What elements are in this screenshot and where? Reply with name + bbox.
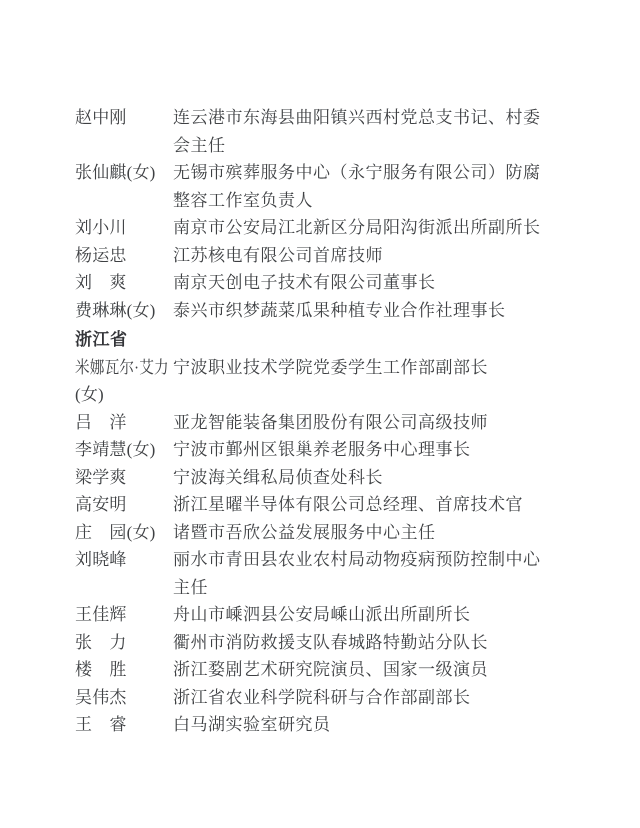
person-position: 南京天创电子技术有限公司董事长: [173, 269, 545, 297]
person-position: 浙江省农业科学院科研与合作部副部长: [173, 684, 545, 712]
roster-entry: 刘晓峰 丽水市青田县农业农村局动物疫病预防控制中心主任: [75, 546, 561, 601]
person-name: 刘 爽: [75, 269, 173, 297]
person-position: 无锡市殡葬服务中心（永宁服务有限公司）防腐整容工作室负责人: [173, 159, 545, 214]
person-name: 楼 胜: [75, 656, 173, 684]
person-position: 浙江婺剧艺术研究院演员、国家一级演员: [173, 656, 545, 684]
person-name-line1: 米娜瓦尔·艾力: [75, 354, 159, 382]
person-name: 吴伟杰: [75, 684, 173, 712]
document-page: 赵中刚 连云港市东海县曲阳镇兴西村党总支书记、村委会主任 张仙麒(女) 无锡市殡…: [0, 0, 640, 828]
person-position: 宁波职业技术学院党委学生工作部副部长: [173, 354, 545, 382]
person-position: 丽水市青田县农业农村局动物疫病预防控制中心主任: [173, 546, 545, 601]
person-position: 诸暨市吾欣公益发展服务中心主任: [173, 519, 545, 547]
person-position: 江苏核电有限公司首席技师: [173, 242, 545, 270]
roster-entry: 杨运忠 江苏核电有限公司首席技师: [75, 242, 561, 270]
person-name: 梁学爽: [75, 464, 173, 492]
roster-entry: 楼 胜 浙江婺剧艺术研究院演员、国家一级演员: [75, 656, 561, 684]
person-name: 费琳琳(女): [75, 297, 173, 325]
person-name: 吕 洋: [75, 409, 173, 437]
person-position: 衢州市消防救援支队春城路特勤站分队长: [173, 629, 545, 657]
roster-entry: 张 力 衢州市消防救援支队春城路特勤站分队长: [75, 629, 561, 657]
roster-entry: 刘小川 南京市公安局江北新区分局阳沟街派出所副所长: [75, 214, 561, 242]
person-position: 亚龙智能装备集团股份有限公司高级技师: [173, 409, 545, 437]
roster-entry: 费琳琳(女) 泰兴市织梦蔬菜瓜果种植专业合作社理事长: [75, 297, 561, 325]
roster-entry: 赵中刚 连云港市东海县曲阳镇兴西村党总支书记、村委会主任: [75, 104, 561, 159]
person-position: 宁波海关缉私局侦查处科长: [173, 464, 545, 492]
person-position: 白马湖实验室研究员: [173, 711, 545, 739]
person-position: 浙江星曜半导体有限公司总经理、首席技术官: [173, 491, 545, 519]
roster-entry: 王佳辉 舟山市嵊泗县公安局嵊山派出所副所长: [75, 601, 561, 629]
person-position: 宁波市鄞州区银巢养老服务中心理事长: [173, 436, 545, 464]
person-name: 庄 园(女): [75, 519, 173, 547]
person-name: 王 睿: [75, 711, 173, 739]
province-header: 浙江省: [75, 326, 561, 354]
roster-entry: 吴伟杰 浙江省农业科学院科研与合作部副部长: [75, 684, 561, 712]
person-position: 舟山市嵊泗县公安局嵊山派出所副所长: [173, 601, 545, 629]
name-roster: 赵中刚 连云港市东海县曲阳镇兴西村党总支书记、村委会主任 张仙麒(女) 无锡市殡…: [75, 104, 561, 739]
person-name: 刘小川: [75, 214, 173, 242]
person-name: 米娜瓦尔·艾力 (女): [75, 354, 173, 409]
roster-entry: 李靖慧(女) 宁波市鄞州区银巢养老服务中心理事长: [75, 436, 561, 464]
person-position: 泰兴市织梦蔬菜瓜果种植专业合作社理事长: [173, 297, 545, 325]
roster-entry: 梁学爽 宁波海关缉私局侦查处科长: [75, 464, 561, 492]
person-name-line2: (女): [75, 381, 173, 409]
person-position: 连云港市东海县曲阳镇兴西村党总支书记、村委会主任: [173, 104, 545, 159]
roster-entry: 刘 爽 南京天创电子技术有限公司董事长: [75, 269, 561, 297]
roster-entry: 张仙麒(女) 无锡市殡葬服务中心（永宁服务有限公司）防腐整容工作室负责人: [75, 159, 561, 214]
person-name: 刘晓峰: [75, 546, 173, 574]
person-name: 高安明: [75, 491, 173, 519]
person-name: 杨运忠: [75, 242, 173, 270]
person-position: 南京市公安局江北新区分局阳沟街派出所副所长: [173, 214, 545, 242]
person-name: 张 力: [75, 629, 173, 657]
person-name: 李靖慧(女): [75, 436, 173, 464]
roster-entry: 王 睿 白马湖实验室研究员: [75, 711, 561, 739]
roster-entry: 米娜瓦尔·艾力 (女) 宁波职业技术学院党委学生工作部副部长: [75, 354, 561, 409]
roster-entry: 吕 洋 亚龙智能装备集团股份有限公司高级技师: [75, 409, 561, 437]
person-name: 张仙麒(女): [75, 159, 173, 187]
roster-entry: 庄 园(女) 诸暨市吾欣公益发展服务中心主任: [75, 519, 561, 547]
roster-entry: 高安明 浙江星曜半导体有限公司总经理、首席技术官: [75, 491, 561, 519]
person-name: 赵中刚: [75, 104, 173, 132]
person-name: 王佳辉: [75, 601, 173, 629]
